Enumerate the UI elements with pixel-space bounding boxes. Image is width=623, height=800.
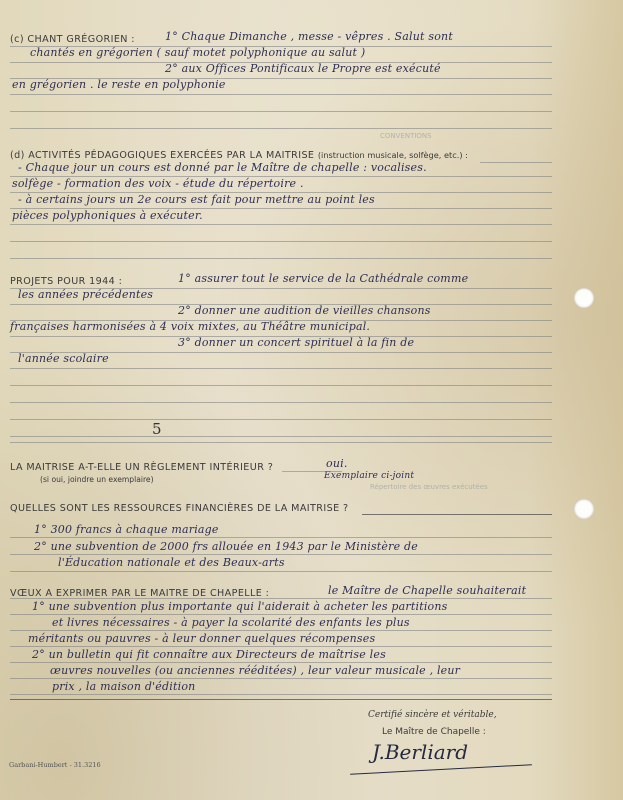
rule-line [10,436,552,437]
handwritten-line: en grégorien . le reste en polyphonie [12,78,226,91]
rule-line [10,94,552,95]
rule-line [362,514,552,515]
handwritten-line: 3° donner un concert spirituel à la fin … [178,336,414,349]
handwritten-line: solfège - formation des voix - étude du … [12,177,304,190]
handwritten-line: œuvres nouvelles (ou anciennes rééditées… [50,664,460,677]
certification-text: Certifié sincère et véritable, [368,710,497,720]
rule-line [10,111,552,112]
role-text: Le Maître de Chapelle : [382,727,486,737]
rule-line [10,304,552,305]
rule-line [10,320,552,321]
bleed-through-text: Répertoire des œuvres exécutées [370,483,488,491]
rule-line [10,678,552,679]
punch-hole-bottom [574,499,594,519]
handwritten-line: le Maître de Chapelle souhaiterait [328,584,526,597]
section-label: PROJETS POUR 1944 : [10,276,122,287]
punch-hole-top [574,288,594,308]
handwritten-line: 2° une subvention de 2000 frs allouée en… [34,540,418,553]
rule-line [10,699,552,700]
handwritten-line: les années précédentes [18,288,153,301]
section-label: (c) CHANT GRÉGORIEN : [10,34,135,45]
rule-line [10,537,552,538]
handwritten-line: françaises harmonisées à 4 voix mixtes, … [10,320,370,333]
rule-line [10,571,552,572]
rule-line [10,208,552,209]
rule-line [10,128,552,129]
handwritten-note: Exemplaire ci-joint [324,471,414,481]
section-label: (d) ACTIVITÉS PÉDAGOGIQUES EXERCÉES PAR … [10,150,468,161]
rule-line [10,554,552,555]
rule-line [10,630,552,631]
handwritten-line: - à certains jours un 2e cours est fait … [18,193,375,206]
handwritten-line: 1° assurer tout le service de la Cathédr… [178,272,468,285]
rule-line [10,662,552,663]
handwritten-line: chantés en grégorien ( sauf motet polyph… [30,46,365,59]
rule-line [10,598,552,599]
section-label: LA MAITRISE A-T-ELLE UN RÈGLEMENT INTÉRI… [10,462,273,473]
rule-line [10,46,552,47]
rule-line [10,192,552,193]
handwritten-answer: oui. [326,457,348,470]
section-label-main: (d) ACTIVITÉS PÉDAGOGIQUES EXERCÉES PAR … [10,150,314,161]
signature: J.Berliard [372,740,468,764]
rule-line [10,368,552,369]
rule-line [10,402,552,403]
rule-line [10,258,552,259]
rule-line [10,614,552,615]
handwritten-line: 2° un bulletin qui fit connaître aux Dir… [32,648,386,661]
signature-underline [350,764,532,775]
rule-line [10,442,552,443]
rule-line [10,385,552,386]
rule-line [10,78,552,79]
handwritten-line: 2° donner une audition de vieilles chans… [178,304,431,317]
handwritten-line: - Chaque jour un cours est donné par le … [18,161,427,174]
rule-line [10,419,552,420]
section-sublabel: (instruction musicale, solfège, etc.) : [318,150,468,160]
rule-line [10,62,552,63]
section-sublabel: (si oui, joindre un exemplaire) [40,475,154,484]
document-page: CONVENTIONS Répertoire des œuvres exécut… [0,0,623,800]
rule-line [10,336,552,337]
rule-line [480,162,552,163]
rule-line [10,646,552,647]
handwritten-line: 1° 300 francs à chaque mariage [34,523,219,536]
handwritten-line: et livres nécessaires - à payer la scola… [52,616,410,629]
handwritten-line: 1° Chaque Dimanche , messe - vêpres . Sa… [165,30,453,43]
bleed-through-text: CONVENTIONS [380,132,432,140]
handwritten-line: prix , la maison d'édition [52,680,195,693]
handwritten-line: 1° une subvention plus importante qui l'… [32,600,448,613]
rule-line [10,176,552,177]
printer-mark: Garbani-Humbert - 31.3216 [9,761,101,769]
rule-line [10,241,552,242]
handwritten-line: l'année scolaire [18,352,109,365]
rule-line [10,224,552,225]
section-label: QUELLES SONT LES RESSOURCES FINANCIÈRES … [10,503,348,514]
handwritten-line: 2° aux Offices Pontificaux le Propre est… [165,62,441,75]
handwritten-line: l'Éducation nationale et des Beaux-arts [58,556,285,569]
handwritten-line: pièces polyphoniques à exécuter. [12,209,203,222]
rule-line [282,471,342,472]
handwritten-line: méritants ou pauvres - à leur donner que… [28,632,375,645]
rule-line [10,288,552,289]
rule-line [10,694,552,695]
rule-line [10,352,552,353]
